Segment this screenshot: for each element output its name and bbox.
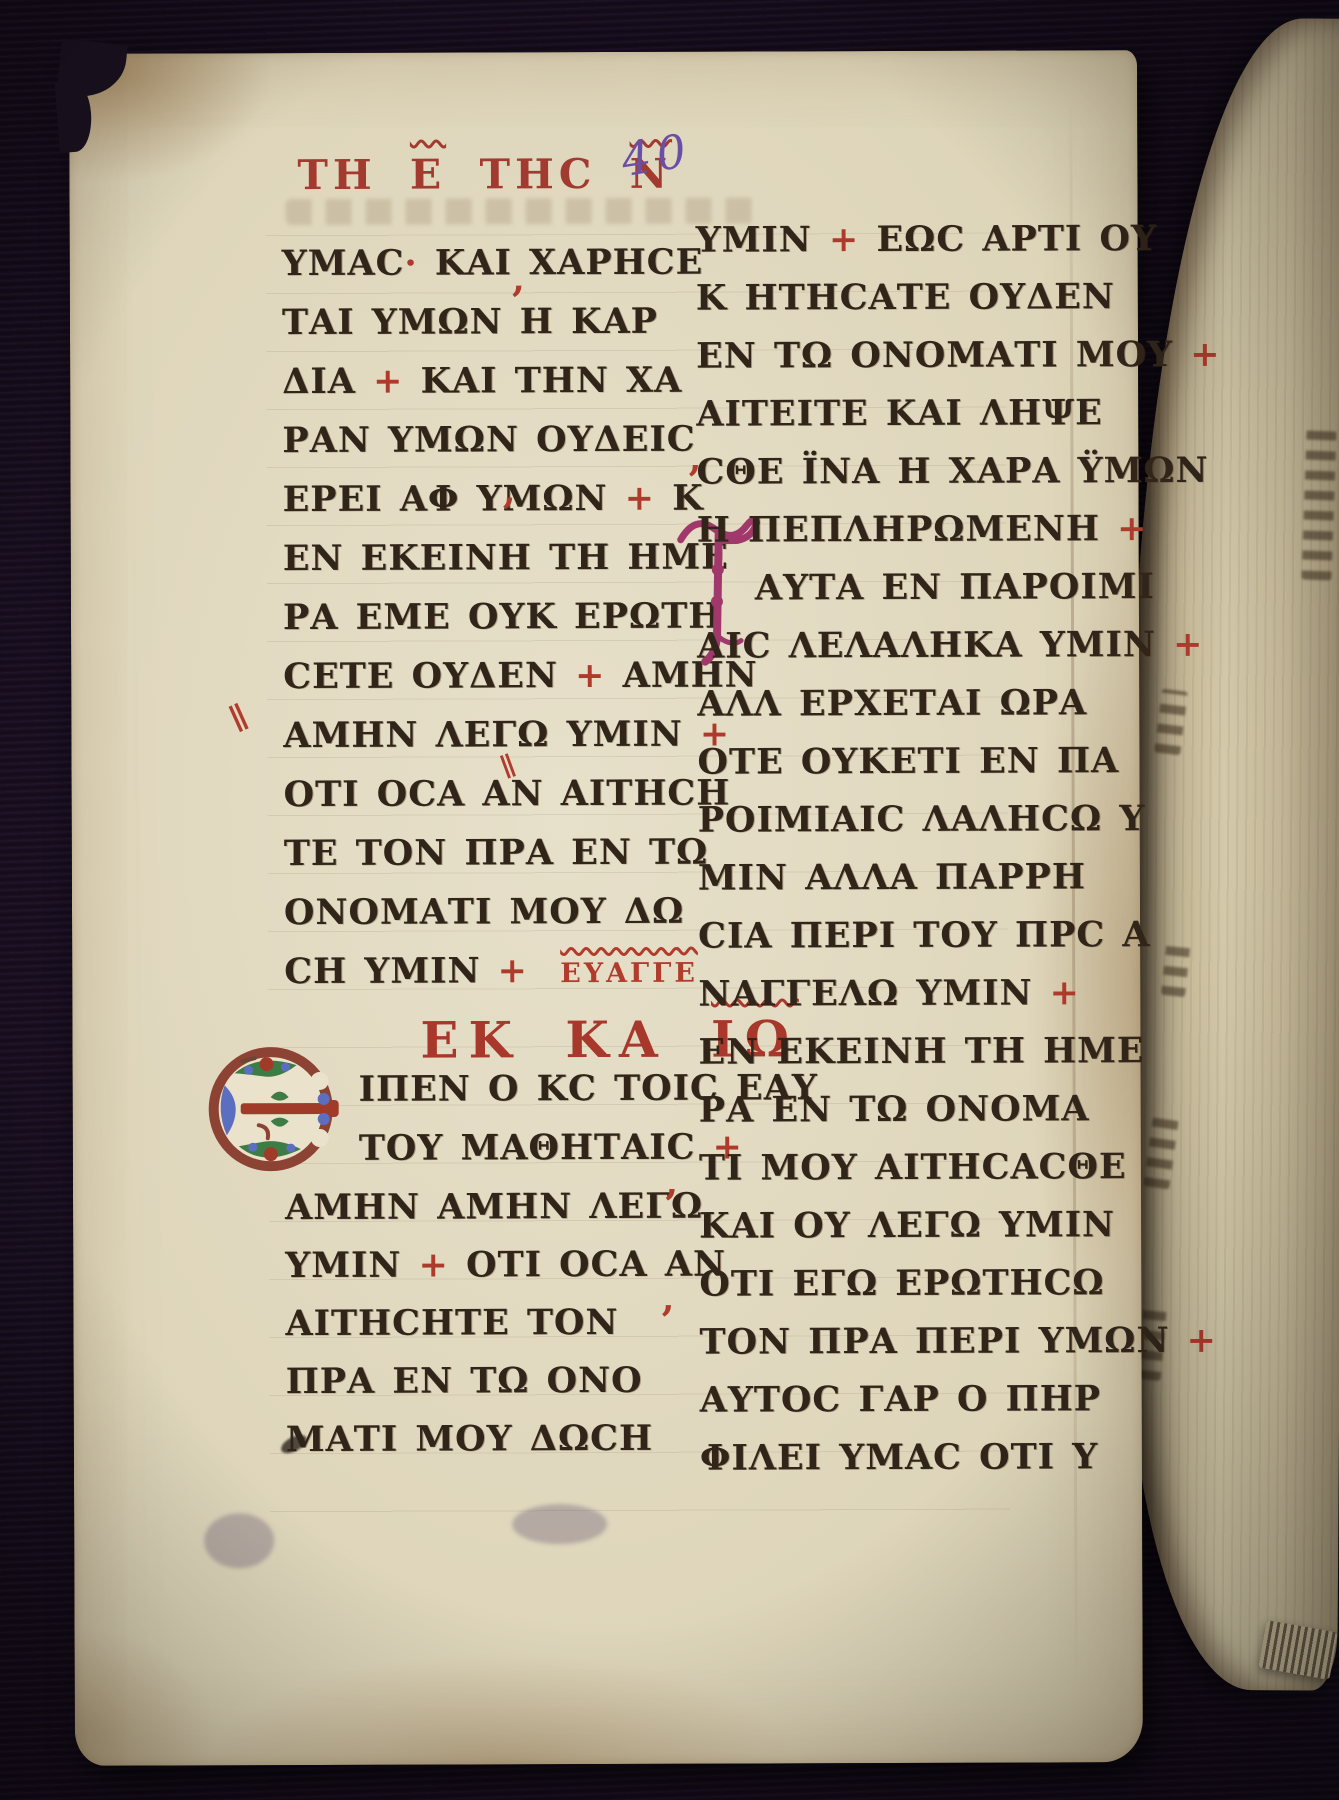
text-line: ΑΙΤΗϹΗΤΕ ΤΟΝ: [285, 1302, 725, 1362]
header-rubric: ΤΗ Ε ΤΗϹ Ν: [297, 150, 672, 199]
text-line: ΟΤΕ ΟΥΚΕΤΙ ΕΝ ΠΑ: [697, 740, 1147, 800]
text-line: ΑΥΤΟϹ ΓΑΡ Ο ΠΗΡ: [700, 1378, 1150, 1438]
fore-edge-text-fragment: [1301, 430, 1336, 581]
parchment-page: ΤΗ Ε ΤΗϹ Ν 40 ΥΜΑϹ· ΚΑΙ ΧΑΡΗϹΕ ΤΑΙ ΥΜΩΝ …: [69, 50, 1143, 1766]
text-line: ΤΟΥ ΜΑΘΗΤΑΙϹ +: [359, 1127, 739, 1187]
text-line: ΔΙΑ + ΚΑΙ ΤΗΝ ΧΑ: [282, 360, 722, 421]
header-part: ΤΗϹ: [479, 150, 596, 198]
text-line: ΥΜΙΝ + ΟΤΙ ΟϹΑ ΑΝ: [285, 1244, 725, 1304]
text-line: ΑΙϹ ΛΕΛΑΛΗΚΑ ΥΜΙΝ +: [697, 624, 1147, 684]
text-line: ΟΤΙ ΟϹΑ ΑΝ ΑΙΤΗϹΗ: [284, 773, 724, 834]
text-line: ΑΥΤΑ ΕΝ ΠΑΡΟΙΜΙ: [697, 566, 1147, 626]
manuscript-photo: { "manuscript": { "header_rubric": { "pa…: [0, 0, 1339, 1800]
ink-offset-smudge: [204, 1513, 274, 1568]
text-line: ΜΙΝ ΑΛΛΑ ΠΑΡΡΗ: [698, 856, 1148, 916]
text-line: ΤΟΝ ΠΡΑ ΠΕΡΙ ΥΜΩΝ +: [699, 1320, 1149, 1380]
text-line: ΑΙΤΕΙΤΕ ΚΑΙ ΛΗΨΕ: [696, 392, 1146, 452]
text-line: Η ΠΕΠΛΗΡΩΜΕΝΗ +: [697, 508, 1147, 568]
text-line: ΤΙ ΜΟΥ ΑΙΤΗϹΑϹΘΕ: [699, 1146, 1149, 1206]
text-line: ϹΕΤΕ ΟΥΔΕΝ + ΑΜΗΝ: [283, 655, 723, 716]
text-line: ΕΝ ΕΚΕΙΝΗ ΤΗ ΗΜΕ: [283, 537, 723, 598]
decorated-initial-epsilon: [206, 1043, 340, 1177]
text-line: ΕΝ ΕΚΕΙΝΗ ΤΗ ΗΜΕ: [698, 1030, 1148, 1090]
text-line: ΜΑΤΙ ΜΟΥ ΔΩϹΗ: [286, 1418, 726, 1478]
text-line: ϹΙΑ ΠΕΡΙ ΤΟΥ ΠΡϹ Α: [698, 914, 1148, 974]
text-line: ΡΑΝ ΥΜΩΝ ΟΥΔΕΙϹ: [282, 419, 722, 480]
text-line: ΑΜΗΝ ΛΕΓΩ ΥΜΙΝ +: [283, 714, 723, 775]
text-line: ΥΜΑϹ· ΚΑΙ ΧΑΡΗϹΕ: [282, 242, 722, 303]
text-line: ΑΛΛ ΕΡΧΕΤΑΙ ΩΡΑ: [697, 682, 1147, 742]
text-line: ΤΕ ΤΟΝ ΠΡΑ ΕΝ ΤΩ: [284, 832, 724, 893]
ink-offset-ghost: [286, 197, 756, 225]
text-line: ΝΑΓΓΕΛΩ ΥΜΙΝ +: [698, 972, 1148, 1032]
text-line: ΡΟΙΜΙΑΙϹ ΛΑΛΗϹΩ Υ: [698, 798, 1148, 858]
text-line: ΚΑΙ ΟΥ ΛΕΓΩ ΥΜΙΝ: [699, 1204, 1149, 1264]
text-line: ΤΑΙ ΥΜΩΝ Η ΚΑΡ: [282, 301, 722, 362]
text-line: Κ ΗΤΗϹΑΤΕ ΟΥΔΕΝ: [696, 276, 1146, 336]
header-part: ΤΗ: [297, 151, 376, 199]
folio-number: 40: [618, 123, 696, 188]
text-line: ΑΜΗΝ ΑΜΗΝ ΛΕΓΩ: [285, 1186, 725, 1246]
text-line: ΕΝ ΤΩ ΟΝΟΜΑΤΙ ΜΟΥ +: [696, 334, 1146, 394]
text-line: ΥΜΙΝ + ΕΩϹ ΑΡΤΙ ΟΥ: [696, 218, 1146, 278]
text-line: ΦΙΛΕΙ ΥΜΑϹ ΟΤΙ Υ: [700, 1436, 1150, 1496]
ink-offset-smudge: [512, 1504, 607, 1544]
text-line: ΡΑ ΕΜΕ ΟΥΚ ΕΡΩΤΗ: [283, 596, 723, 657]
book-fore-edge: [1122, 17, 1339, 1690]
text-line: ΕΡΕΙ ΑΦ ΥΜΩΝ + Κ: [283, 478, 723, 539]
left-column: ΥΜΑϹ· ΚΑΙ ΧΑΡΗϹΕ ΤΑΙ ΥΜΩΝ Η ΚΑΡ ΔΙΑ + ΚΑ…: [282, 242, 725, 1011]
rubric-part: ΕΚ ΚΑ: [420, 1010, 667, 1070]
text-line: ΟΝΟΜΑΤΙ ΜΟΥ ΔΩ: [284, 891, 724, 952]
text-line: ΙΠΕΝ Ο ΚϹ ΤΟΙϹ ΕΑΥ: [359, 1068, 739, 1128]
text-line: ΠΡΑ ΕΝ ΤΩ ΟΝΟ: [286, 1360, 726, 1420]
left-column-bottom: ΑΜΗΝ ΑΜΗΝ ΛΕΓΩ ΥΜΙΝ + ΟΤΙ ΟϹΑ ΑΝ ΑΙΤΗϹΗΤ…: [285, 1186, 726, 1478]
lectionary-note: ΕΥΑΓΓΕ: [560, 958, 698, 989]
right-column: ΥΜΙΝ + ΕΩϹ ΑΡΤΙ ΟΥ Κ ΗΤΗϹΑΤΕ ΟΥΔΕΝ ΕΝ ΤΩ…: [696, 218, 1150, 1496]
left-column-indented: ΙΠΕΝ Ο ΚϹ ΤΟΙϹ ΕΑΥ ΤΟΥ ΜΑΘΗΤΑΙϹ +: [359, 1068, 739, 1187]
red-double-stroke-mark: ∥: [225, 700, 254, 738]
header-part: Ε: [410, 151, 446, 199]
text-line: ΡΑ ΕΝ ΤΩ ΟΝΟΜΑ: [699, 1088, 1149, 1148]
text-line: ΟΤΙ ΕΓΩ ΕΡΩΤΗϹΩ: [699, 1262, 1149, 1322]
text-line: ϹΘΕ ΪΝΑ Η ΧΑΡΑ ΫΜΩΝ: [696, 450, 1146, 510]
